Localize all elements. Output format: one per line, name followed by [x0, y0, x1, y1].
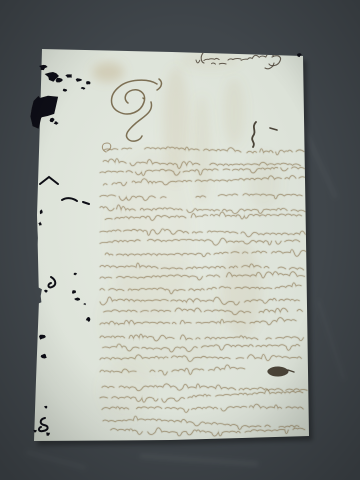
manuscript-photo — [0, 0, 360, 480]
manuscript-photo-canvas — [0, 0, 360, 480]
photo-vignette — [0, 0, 360, 480]
